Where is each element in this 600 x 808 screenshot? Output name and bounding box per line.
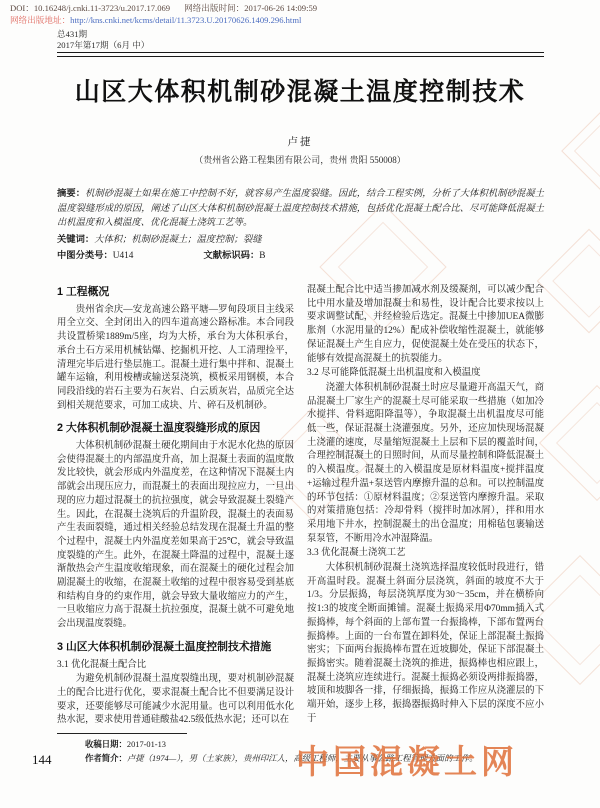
clc-label: 中图分类号： [57, 250, 113, 260]
body-paragraph: 贵州省余庆—安龙高速公路平塘—罗甸段项目主线采用全立交、全封闭出入的四车道高速公… [57, 304, 294, 414]
body-paragraph: 混凝土配合比中适当掺加减水剂及缓凝剂，可以减少配合比中用水量及增加混凝土和易性，… [307, 284, 544, 366]
abstract-label: 摘要： [57, 188, 85, 198]
journal-issue-info: 总431期 2017年第17期（6月 中） [57, 29, 149, 51]
abstract-paragraph: 摘要：机制砂混凝土如果在施工中控制不好，就容易产生温度裂缝。因此，结合工程实例，… [57, 186, 544, 231]
doc-code-label: 文献标识码： [203, 250, 259, 260]
section-heading: 1 工程概况 [57, 286, 294, 300]
issue-total: 总431期 [57, 29, 149, 40]
section-heading: 3 山区大体积机制砂混凝土温度控制技术措施 [57, 641, 294, 655]
publication-meta: DOI：10.16248/j.cnki.11-3723/u.2017.17.06… [10, 3, 317, 26]
section-heading: 3.1 优化混凝土配合比 [57, 659, 294, 673]
author-name: 卢捷 [0, 134, 600, 149]
keywords-text: 大体积；机制砂混凝土；温度控制；裂缝 [94, 235, 261, 245]
site-watermark: 中国混凝土网 [296, 736, 518, 783]
section-heading: 3.2 尽可能降低混凝土出机温度和入模温度 [307, 367, 544, 381]
footnote-divider [57, 733, 187, 734]
keywords-label: 关键词： [57, 234, 94, 244]
publish-url-line: 网络出版地址：http://kns.cnki.net/kcms/detail/1… [10, 15, 317, 27]
section-heading: 2 大体积机制砂混凝土温度裂缝形成的原因 [57, 422, 294, 436]
body-columns: 1 工程概况贵州省余庆—安龙高速公路平塘—罗甸段项目主线采用全立交、全封闭出入的… [57, 284, 544, 732]
article-title: 山区大体积机制砂混凝土温度控制技术 [0, 72, 600, 108]
page-number: 144 [32, 752, 52, 768]
section-heading: 3.3 优化混凝土浇筑工艺 [307, 547, 544, 561]
document-page: DOI：10.16248/j.cnki.11-3723/u.2017.17.06… [0, 0, 600, 808]
body-paragraph: 为避免机制砂混凝土温度裂缝出现，要对机制砂混凝土的配合比进行优化，要求混凝土配合… [57, 673, 294, 728]
left-column: 1 工程概况贵州省余庆—安龙高速公路平塘—罗甸段项目主线采用全立交、全封闭出入的… [57, 284, 294, 732]
body-paragraph: 大体积机制砂混凝土浇筑选择温度较低时段进行，错开高温时段。混凝土斜面分层浇筑，斜… [307, 562, 544, 726]
header-divider [57, 52, 544, 57]
watermark-diamond-pattern [561, 107, 600, 195]
watermark-diamond-pattern [539, 385, 600, 501]
body-paragraph: 大体积机制砂混凝土硬化期间由于水泥水化热的原因会使得混凝土的内部温度升高，加上混… [57, 440, 294, 632]
doi-value: DOI：10.16248/j.cnki.11-3723/u.2017.17.06… [10, 3, 170, 13]
watermark-diamond-pattern [537, 229, 600, 334]
issue-current: 2017年第17期（6月 中） [57, 40, 149, 51]
author-bio-label: 作者简介： [85, 753, 127, 763]
doi-line: DOI：10.16248/j.cnki.11-3723/u.2017.17.06… [10, 3, 317, 15]
abstract-block: 摘要：机制砂混凝土如果在施工中控制不好，就容易产生温度裂缝。因此，结合工程实例，… [57, 186, 544, 265]
body-paragraph: 浇灌大体积机制砂混凝土时应尽量避开高温天气，商品混凝土厂家生产的混凝土尽可能采取… [307, 382, 544, 546]
clc-value: U414 [113, 251, 134, 261]
abstract-text: 机制砂混凝土如果在施工中控制不好，就容易产生温度裂缝。因此，结合工程实例，分析了… [57, 189, 544, 228]
author-affiliation: （贵州省公路工程集团有限公司，贵州 贵阳 550008） [0, 153, 600, 166]
publish-url-link[interactable]: http://kns.cnki.net/kcms/detail/11.3723.… [70, 15, 301, 25]
keywords-line: 关键词：大体积；机制砂混凝土；温度控制；裂缝 [57, 232, 544, 248]
right-column: 混凝土配合比中适当掺加减水剂及缓凝剂，可以减少配合比中用水量及增加混凝土和易性，… [307, 284, 544, 732]
doc-code-value: B [259, 251, 265, 261]
classification-line: 中图分类号：U414文献标识码：B [57, 248, 544, 264]
received-date-label: 收稿日期： [85, 739, 127, 749]
online-publish-time: 网络出版时间：2017-06-26 14:09:59 [184, 3, 317, 13]
publish-url-label: 网络出版地址： [10, 15, 70, 25]
received-date-value: 2017-01-13 [127, 740, 166, 749]
